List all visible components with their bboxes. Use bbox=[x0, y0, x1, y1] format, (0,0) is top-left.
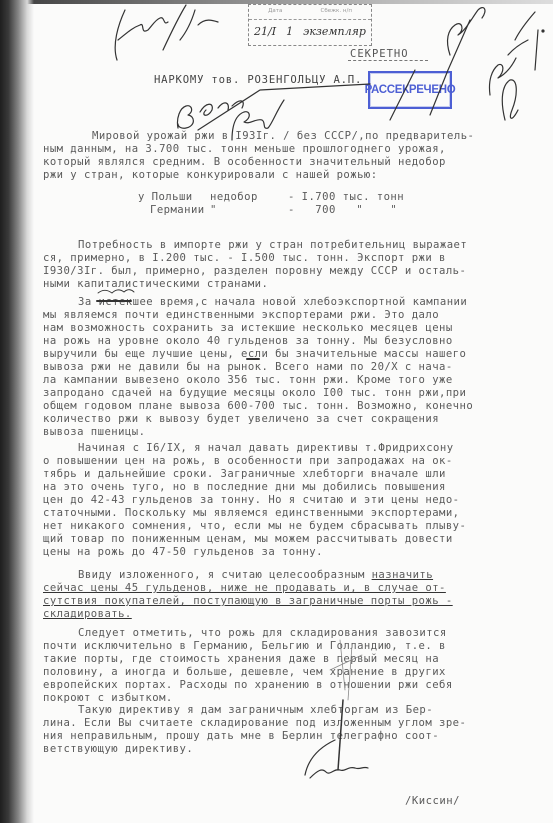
text-line: количество ржи к вывозу будет увеличено … bbox=[43, 413, 439, 426]
table-value: - 700 " " bbox=[288, 204, 397, 217]
text-line: нам возможность сохранить за истекшие не… bbox=[43, 322, 453, 335]
text-line: Потребность в импорте ржи у стран потреб… bbox=[78, 239, 467, 252]
text-line: половину, а иногда и больше, дешевле, че… bbox=[43, 666, 446, 679]
text-line: Ввиду изложенного, я считаю целесообразн… bbox=[78, 569, 433, 582]
text-line: ржи у стран, которые конкурировали с наш… bbox=[43, 169, 378, 182]
text-line: ным данным, на 3.700 тыс. тонн меньше пр… bbox=[43, 143, 446, 156]
handwriting-signature bbox=[305, 740, 368, 778]
classification-underline bbox=[348, 60, 428, 61]
scan-left-shadow bbox=[0, 0, 34, 823]
text-line: щий товар по пониженным ценам, мы можем … bbox=[43, 533, 453, 546]
text-line: который являлся средним. В особенности з… bbox=[43, 156, 446, 169]
table-value: - I.700 тыс. тонн bbox=[288, 191, 404, 204]
text-line: ла кампании вывезено около 356 тыс. тонн… bbox=[43, 374, 453, 387]
table-country: у Польши bbox=[138, 191, 193, 204]
text-line: складировать. bbox=[43, 608, 132, 621]
text-line: За истекшее время,с начала новой хлебоэк… bbox=[78, 296, 467, 309]
addressee: НАРКОМУ тов. РОЗЕНГОЛЬЦУ А.П. bbox=[154, 74, 362, 86]
text-line: ния неправильным, прошу дать мне в Берли… bbox=[43, 730, 439, 743]
registration-date-header: Дата bbox=[268, 8, 282, 14]
text-line: цен до 42-43 гульденов за тонну. Но я сч… bbox=[43, 494, 460, 507]
text-line: почти исключительно в Германию, Бельгию … bbox=[43, 640, 446, 653]
text-line: тябрь и дальнейшие сроки. Заграничные хл… bbox=[43, 468, 446, 481]
text-line: нет никакого сомнения, что, если мы не б… bbox=[43, 520, 466, 533]
registration-date: 21/I bbox=[254, 25, 276, 38]
registration-copies-header: Сбежк. н/п bbox=[320, 8, 351, 14]
text-line: лина. Если Вы считаете складирование под… bbox=[43, 717, 466, 730]
signer-name: /Киссин/ bbox=[405, 795, 460, 807]
table-item: недобор bbox=[210, 191, 258, 204]
text-line: ся, примерно, в I.200 тыс. - I.500 тыс. … bbox=[43, 252, 446, 265]
text-line: о повышении цен на рожь, в особенности п… bbox=[43, 455, 453, 468]
declassified-stamp: РАССЕКРЕЧЕНО bbox=[368, 71, 452, 109]
text-line: Мировой урожай ржи в I93Iг. / без СССР/,… bbox=[92, 130, 474, 143]
text-line: запродано сдачей на будущие месяцы около… bbox=[43, 387, 466, 400]
text-line: статочными. Поскольку мы являемся единст… bbox=[43, 507, 460, 520]
text-line: сутствия покупателей, поступающую в загр… bbox=[43, 595, 453, 608]
text-line: цены на рожь до 47-50 гульденов за тонну… bbox=[43, 546, 323, 559]
text-line: Начиная с I6/IX, я начал давать директив… bbox=[78, 442, 454, 455]
registration-count: 1 bbox=[286, 25, 293, 38]
text-line: I930/3Iг. был, примерно, разделен поровн… bbox=[43, 265, 466, 278]
underlined-text: складировать. bbox=[43, 608, 132, 620]
text-line: общем годовом плане вывоза 600-700 тыс. … bbox=[43, 400, 473, 413]
text-line: на рожь на уровне около 40 гульденов за … bbox=[43, 335, 453, 348]
text-line: вывоза ржи не давили бы на рынок. Всего … bbox=[43, 361, 453, 374]
underlined-text: назначить bbox=[372, 569, 433, 581]
text-line: вывоза пшеницы. bbox=[43, 426, 145, 439]
underlined-text: сутствия покупателей, поступающую в загр… bbox=[43, 595, 453, 607]
text-line: сейчас цены 45 гульденов, ниже не продав… bbox=[43, 582, 446, 595]
registration-note: экземпляр bbox=[303, 25, 366, 38]
text-line: на это очень туго, но в последние дни мы… bbox=[43, 481, 446, 494]
text-line: такие порты, где стоимость хранения даже… bbox=[43, 653, 439, 666]
handwriting-kaganovich bbox=[115, 5, 218, 60]
text-line: выручили бы еще лучшие цены, если бы зна… bbox=[43, 348, 466, 361]
underlined-text: сейчас цены 45 гульденов, ниже не продав… bbox=[43, 582, 446, 594]
table-item: " bbox=[210, 204, 217, 217]
registration-stamp: Дата Сбежк. н/п 21/I 1 экземпляр bbox=[248, 4, 372, 46]
text-line: ветствующую директиву. bbox=[43, 743, 193, 756]
text-line: европейских портах. Расходы по хранению … bbox=[43, 679, 453, 692]
table-country: Германии bbox=[150, 204, 205, 217]
text-line: Следует отметить, что рожь для складиров… bbox=[78, 627, 447, 640]
text-line: Такую директиву я дам заграничным хлебто… bbox=[78, 704, 433, 717]
text-line: ными капиталистическими странами. bbox=[43, 278, 268, 291]
classification-label: СЕКРЕТНО bbox=[350, 48, 409, 60]
text-line: мы являемся почти единственными экспорте… bbox=[43, 309, 439, 322]
